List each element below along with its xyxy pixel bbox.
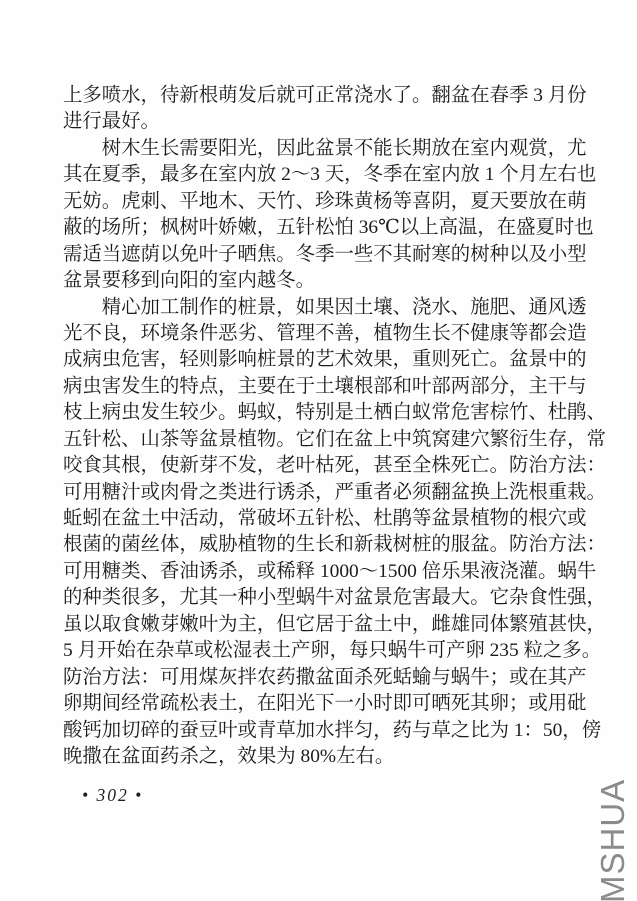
text-line: 成病虫危害，轻则影响桩景的艺术效果，重则死亡。盆景中的: [63, 347, 576, 373]
book-page: 上多喷水，待新根萌发后就可正常浇水了。翻盆在春季 3 月份进行最好。 树木生长需…: [0, 0, 637, 901]
text-line: 精心加工制作的桩景，如果因土壤、浇水、施肥、通风透: [63, 295, 576, 321]
text-line: 的种类很多，尤其一种小型蜗牛对盆景危害最大。它杂食性强，: [63, 585, 576, 611]
text-line: 5 月开始在杂草或松湿表土产卵，每只蜗牛可产卵 235 粒之多。: [63, 638, 576, 664]
text-line: 其在夏季，最多在室内放 2～3 天，冬季在室内放 1 个月左右也: [63, 162, 576, 188]
text-line: 咬食其根，使新芽不发，老叶枯死，甚至全株死亡。防治方法：: [63, 453, 576, 479]
text-line: 光不良，环境条件恶劣、管理不善，植物生长不健康等都会造: [63, 321, 576, 347]
text-line: 进行最好。: [63, 109, 576, 135]
text-line: 需适当遮荫以免叶子晒焦。冬季一些不其耐寒的树种以及小型: [63, 242, 576, 268]
text-line: 树木生长需要阳光，因此盆景不能长期放在室内观赏，尤: [63, 136, 576, 162]
text-line: 病虫害发生的特点，主要在于土壤根部和叶部两部分，主干与: [63, 374, 576, 400]
page-number: • 302 •: [82, 785, 143, 806]
text-line: 盆景要移到向阳的室内越冬。: [63, 268, 576, 294]
text-line: 可用糖类、香油诱杀，或稀释 1000～1500 倍乐果液浇灌。蜗牛: [63, 559, 576, 585]
text-line: 可用糖汁或肉骨之类进行诱杀，严重者必须翻盆换上洗根重栽。: [63, 480, 576, 506]
watermark-text: MSHUA: [594, 763, 630, 901]
text-line: 卵期间经常疏松表土，在阳光下一小时即可晒死其卵；或用砒: [63, 691, 576, 717]
text-line: 无妨。虎刺、平地木、天竹、珍珠黄杨等喜阴，夏天要放在萌: [63, 189, 576, 215]
text-line: 蚯蚓在盆土中活动，常破坏五针松、杜鹃等盆景植物的根穴或: [63, 506, 576, 532]
text-line: 防治方法：可用煤灰拌农药撒盆面杀死蛞蝓与蜗牛；或在其产: [63, 665, 576, 691]
text-line: 蔽的场所；枫树叶娇嫩，五针松怕 36℃以上高温，在盛夏时也: [63, 215, 576, 241]
text-line: 晚撒在盆面药杀之，效果为 80%左右。: [63, 744, 576, 770]
text-line: 酸钙加切碎的蚕豆叶或青草加水拌匀，药与草之比为 1：50，傍: [63, 718, 576, 744]
text-line: 上多喷水，待新根萌发后就可正常浇水了。翻盆在春季 3 月份: [63, 83, 576, 109]
text-line: 虽以取食嫩芽嫩叶为主，但它居于盆土中，雌雄同体繁殖甚快，: [63, 612, 576, 638]
text-line: 根菌的菌丝体，威胁植物的生长和新栽树桩的服盆。防治方法：: [63, 532, 576, 558]
text-line: 五针松、山茶等盆景植物。它们在盆上中筑窝建穴繁衍生存，常: [63, 427, 576, 453]
body-text: 上多喷水，待新根萌发后就可正常浇水了。翻盆在春季 3 月份进行最好。 树木生长需…: [63, 83, 576, 770]
text-line: 枝上病虫发生较少。蚂蚁，特别是土栖白蚁常危害棕竹、杜鹃、: [63, 400, 576, 426]
